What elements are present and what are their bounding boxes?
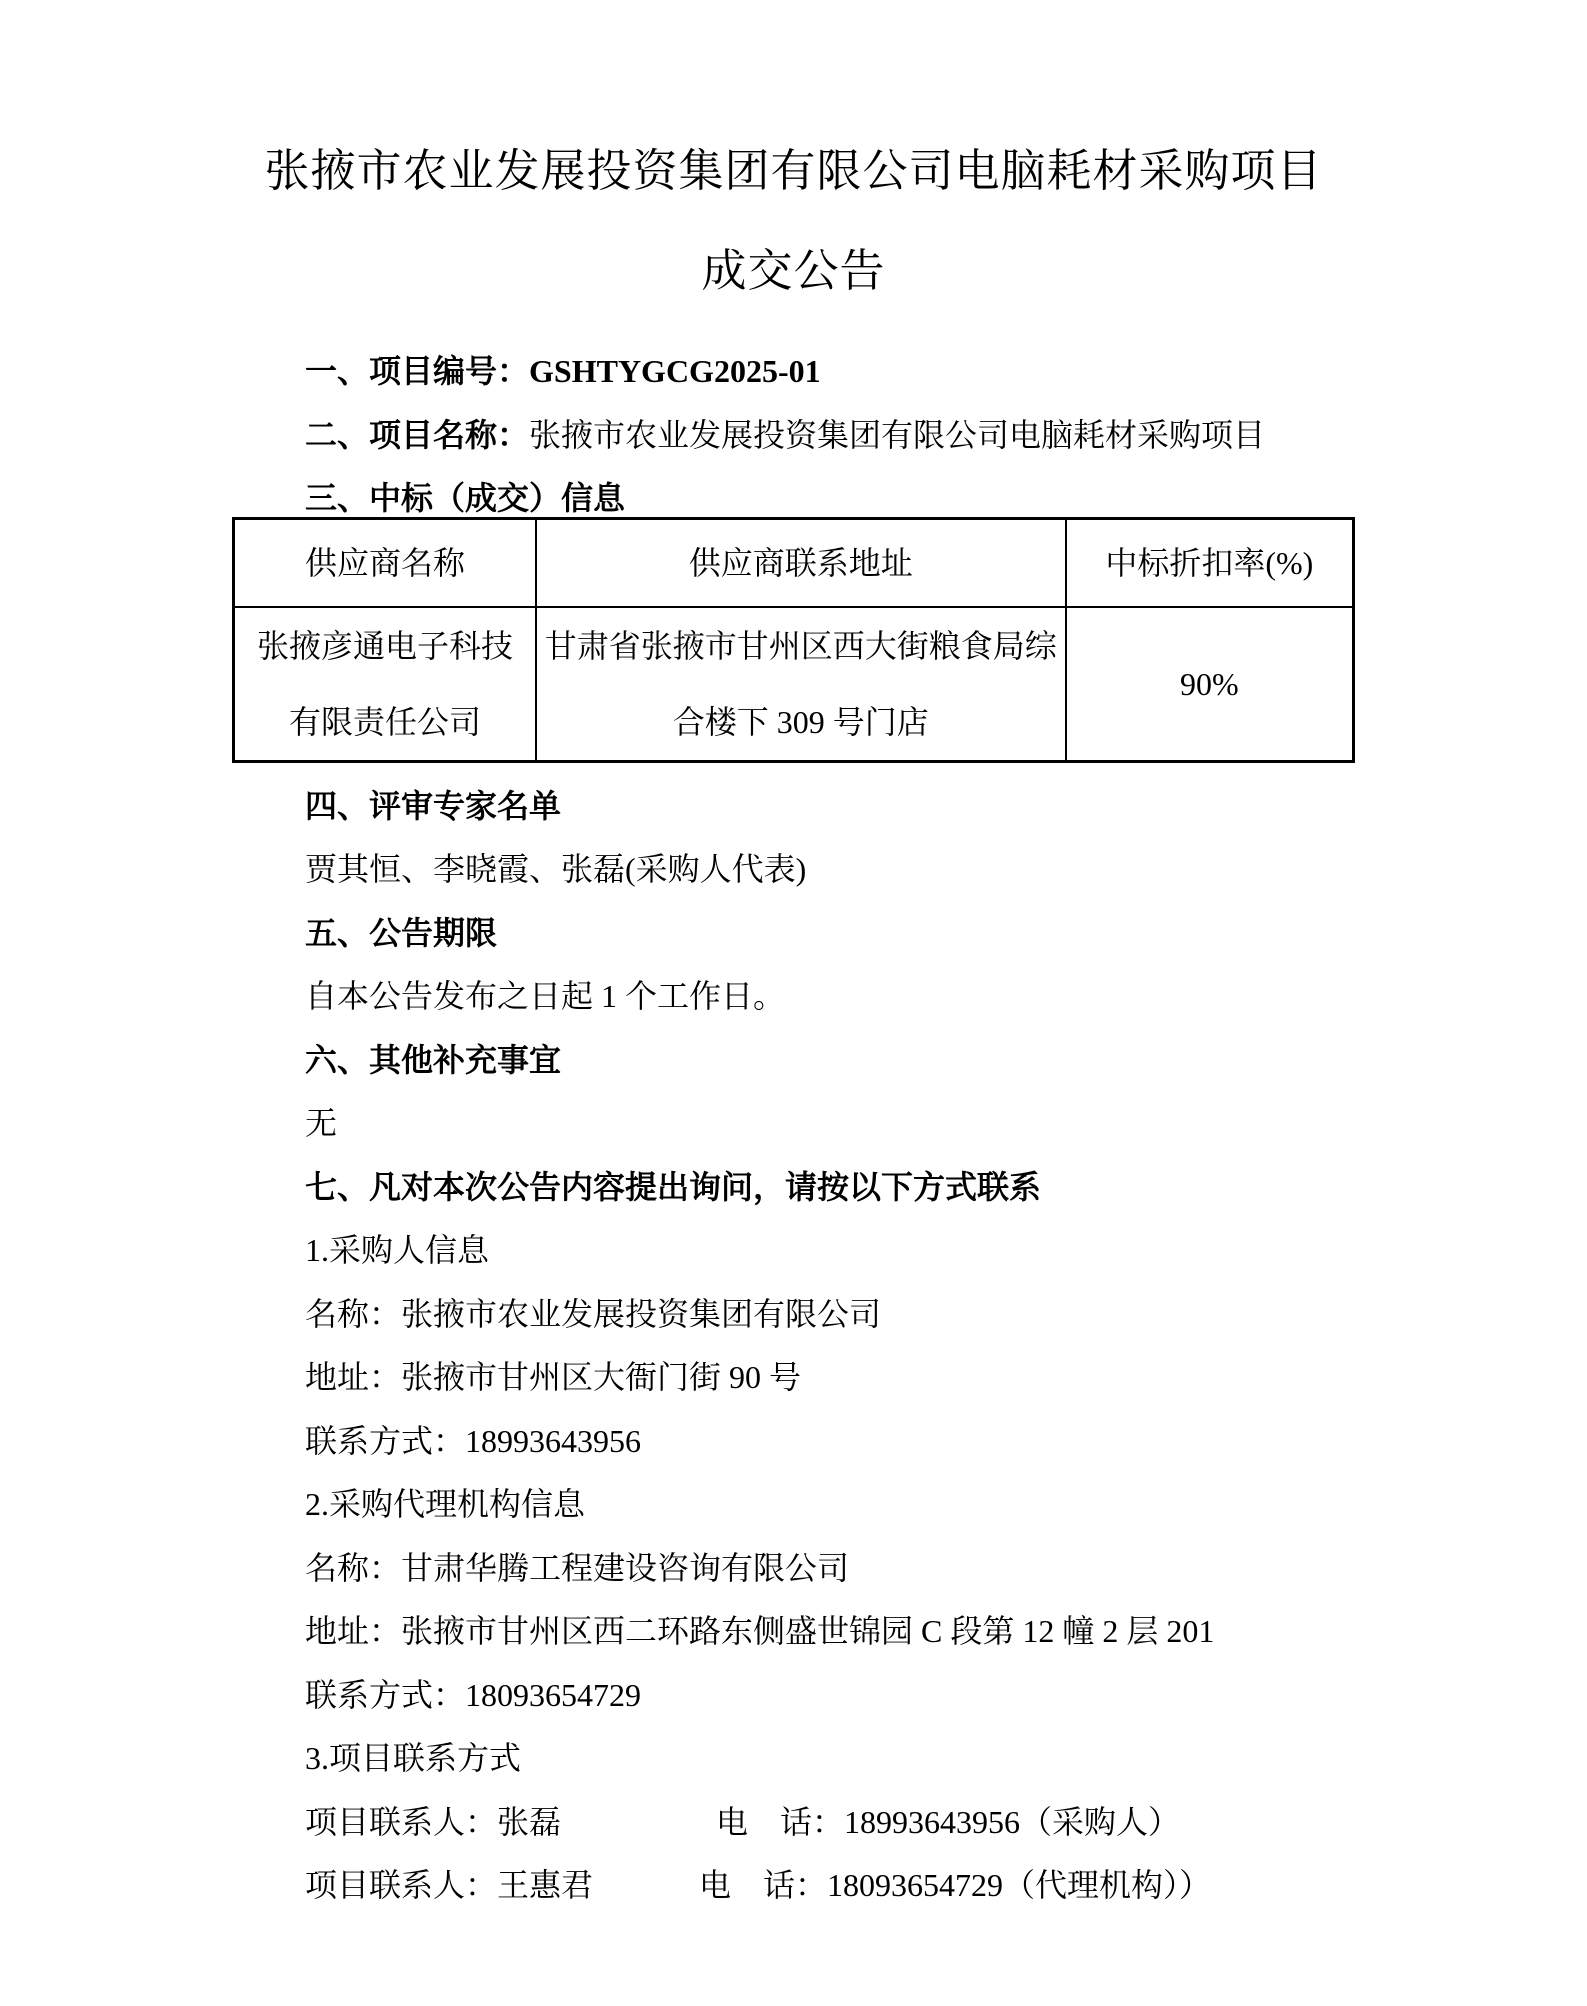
- other-matters-heading: 六、其他补充事宜: [232, 1029, 1355, 1093]
- document-page: 张掖市农业发展投资集团有限公司电脑耗材采购项目 成交公告 一、项目编号：GSHT…: [0, 0, 1587, 2006]
- purchaser-name-label: 名称：: [305, 1296, 401, 1332]
- project-contact-row-2: 项目联系人：王惠君电 话：18093654729（代理机构））: [232, 1854, 1355, 1918]
- contact-person-name: 王惠君: [497, 1867, 593, 1903]
- agency-name-line: 名称：甘肃华腾工程建设咨询有限公司: [232, 1537, 1355, 1601]
- contact-person-label: 项目联系人：: [305, 1867, 497, 1903]
- agency-address-line: 地址：张掖市甘州区西二环路东侧盛世锦园 C 段第 12 幢 2 层 201: [232, 1600, 1355, 1664]
- other-matters-text: 无: [232, 1092, 1355, 1156]
- table-row: 张掖彦通电子科技有限责任公司 甘肃省张掖市甘州区西大街粮食局综合楼下 309 号…: [234, 607, 1354, 762]
- document-title-line2: 成交公告: [232, 243, 1355, 299]
- purchaser-address-label: 地址：: [305, 1359, 401, 1395]
- document-body: 一、项目编号：GSHTYGCG2025-01 二、项目名称：张掖市农业发展投资集…: [232, 340, 1355, 1918]
- agency-contact-label: 联系方式：: [305, 1677, 465, 1713]
- agency-heading: 2.采购代理机构信息: [232, 1473, 1355, 1537]
- project-number-label: 一、项目编号：: [305, 353, 529, 389]
- project-name-line: 二、项目名称：张掖市农业发展投资集团有限公司电脑耗材采购项目: [232, 404, 1355, 468]
- supplier-name-cell: 张掖彦通电子科技有限责任公司: [234, 607, 536, 762]
- discount-rate-cell: 90%: [1066, 607, 1354, 762]
- experts-list: 贾其恒、李晓霞、张磊(采购人代表): [232, 838, 1355, 902]
- inquiry-heading: 七、凡对本次公告内容提出询问，请按以下方式联系: [232, 1156, 1355, 1220]
- contact-person-label: 项目联系人：: [305, 1804, 497, 1840]
- contact-phone-label: 电 话：: [716, 1804, 844, 1840]
- table-header-discount-rate: 中标折扣率(%): [1066, 518, 1354, 607]
- project-number-line: 一、项目编号：GSHTYGCG2025-01: [232, 340, 1355, 404]
- agency-contact-value: 18093654729: [465, 1677, 641, 1713]
- contact-phone-value: 18993643956（采购人）: [844, 1804, 1180, 1840]
- purchaser-contact-line: 联系方式：18993643956: [232, 1410, 1355, 1474]
- purchaser-name-line: 名称：张掖市农业发展投资集团有限公司: [232, 1283, 1355, 1347]
- notice-period-heading: 五、公告期限: [232, 902, 1355, 966]
- table-header-supplier-address: 供应商联系地址: [536, 518, 1066, 607]
- document-title-line1: 张掖市农业发展投资集团有限公司电脑耗材采购项目: [232, 143, 1355, 199]
- project-contacts-heading: 3.项目联系方式: [232, 1727, 1355, 1791]
- agency-address-value: 张掖市甘州区西二环路东侧盛世锦园 C 段第 12 幢 2 层 201: [401, 1613, 1214, 1649]
- experts-heading: 四、评审专家名单: [232, 775, 1355, 839]
- notice-period-text: 自本公告发布之日起 1 个工作日。: [232, 965, 1355, 1029]
- purchaser-address-value: 张掖市甘州区大衙门街 90 号: [401, 1359, 801, 1395]
- contact-phone-value: 18093654729（代理机构））: [827, 1867, 1211, 1903]
- table-header-row: 供应商名称 供应商联系地址 中标折扣率(%): [234, 518, 1354, 607]
- purchaser-contact-value: 18993643956: [465, 1423, 641, 1459]
- purchaser-name-value: 张掖市农业发展投资集团有限公司: [401, 1296, 881, 1332]
- agency-name-value: 甘肃华腾工程建设咨询有限公司: [401, 1550, 849, 1586]
- contact-phone-label: 电 话：: [699, 1867, 827, 1903]
- project-name-label: 二、项目名称：: [305, 417, 529, 453]
- project-contact-row-1: 项目联系人：张磊电 话：18993643956（采购人）: [232, 1791, 1355, 1855]
- agency-contact-line: 联系方式：18093654729: [232, 1664, 1355, 1728]
- purchaser-heading: 1.采购人信息: [232, 1219, 1355, 1283]
- project-name-value: 张掖市农业发展投资集团有限公司电脑耗材采购项目: [529, 417, 1265, 453]
- project-number-value: GSHTYGCG2025-01: [529, 353, 821, 389]
- award-info-table: 供应商名称 供应商联系地址 中标折扣率(%) 张掖彦通电子科技有限责任公司 甘肃…: [232, 517, 1355, 763]
- supplier-address-cell: 甘肃省张掖市甘州区西大街粮食局综合楼下 309 号门店: [536, 607, 1066, 762]
- purchaser-contact-label: 联系方式：: [305, 1423, 465, 1459]
- agency-address-label: 地址：: [305, 1613, 401, 1649]
- purchaser-address-line: 地址：张掖市甘州区大衙门街 90 号: [232, 1346, 1355, 1410]
- agency-name-label: 名称：: [305, 1550, 401, 1586]
- table-header-supplier-name: 供应商名称: [234, 518, 536, 607]
- contact-person-name: 张磊: [497, 1804, 561, 1840]
